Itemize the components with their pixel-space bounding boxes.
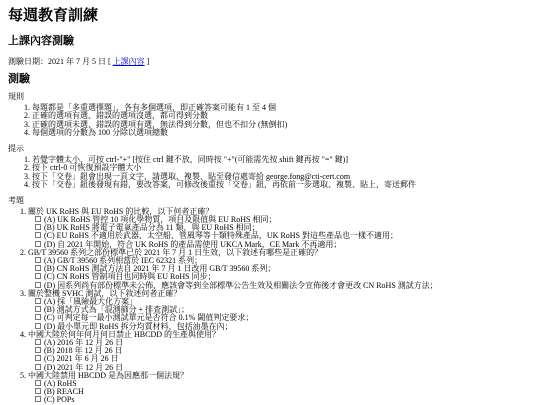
option-checkbox-q5-b[interactable]: [35, 388, 41, 394]
option-checkbox-q3-b[interactable]: [35, 306, 41, 312]
answer-option: (C) POPs: [28, 396, 532, 404]
answer-option: (B) REACH: [28, 388, 532, 396]
option-checkbox-q1-c[interactable]: [35, 232, 41, 238]
questions-label: 考題: [8, 196, 532, 206]
option-label: (C) POPs: [44, 395, 74, 404]
questions-list: 關於 UK RoHS 與 EU RoHS 的比較，以下何者正確？(A) UK R…: [8, 208, 532, 405]
option-checkbox-q5-c[interactable]: [35, 396, 41, 402]
question-text: 中國大陸禁用 HBCDD 是為因應那一個法規？: [28, 372, 532, 380]
page-subtitle: 上課內容測驗: [8, 35, 532, 48]
option-checkbox-q2-a[interactable]: [35, 257, 41, 263]
option-checkbox-q1-a[interactable]: [35, 216, 41, 222]
quiz-date-prefix: 測驗日期：2021 年 7 月 5 日 [: [8, 57, 113, 66]
option-checkbox-q5-a[interactable]: [35, 380, 41, 386]
quiz-date-line: 測驗日期：2021 年 7 月 5 日 [ 上課內容 ]: [8, 57, 532, 67]
rules-list: 每題都是「多重選擇題」，各有多個選項，即正確答案可能有 1 至 4 個正確的選項…: [8, 104, 532, 138]
question-item: 關於整機 SVHC 測試，以下敘述何者正確？(A) 採「風險最大化方案」(B) …: [28, 290, 532, 331]
hints-label: 提示: [8, 144, 532, 154]
hints-list: 若覺字體太小，可按 ctrl-"+" [按住 ctrl 鍵不放，同時按 "+"(…: [8, 156, 532, 190]
option-checkbox-q4-c[interactable]: [35, 355, 41, 361]
quiz-heading: 測驗: [8, 73, 532, 86]
quiz-date-suffix: ]: [145, 57, 150, 66]
option-checkbox-q4-b[interactable]: [35, 347, 41, 353]
rules-label: 規則: [8, 92, 532, 102]
course-content-link[interactable]: 上課內容: [113, 57, 145, 66]
question-item: GB/T 39560 系列之部份標準已於 2021 年 7 月 1 日生效，以下…: [28, 249, 532, 290]
option-checkbox-q3-a[interactable]: [35, 298, 41, 304]
quiz-page: 每週教育訓練 上課內容測驗 測驗日期：2021 年 7 月 5 日 [ 上課內容…: [0, 0, 540, 405]
rule-item: 每個選項的分數為 100 分除以選項總數: [32, 129, 532, 138]
option-checkbox-q2-b[interactable]: [35, 265, 41, 271]
option-checkbox-q1-b[interactable]: [35, 224, 41, 230]
option-checkbox-q4-d[interactable]: [35, 364, 41, 370]
hint-item: 按下「交卷」鈕後發現有錯，要改答案，可修改後重按「交卷」鈕，再依前一步選取、複製…: [32, 181, 532, 190]
option-checkbox-q3-c[interactable]: [35, 314, 41, 320]
question-item: 中國大陸於何年何月何日禁止 HBCDD 的生產與使用？(A) 2016 年 12…: [28, 331, 532, 372]
option-checkbox-q3-d[interactable]: [35, 323, 41, 329]
answer-option: (A) RoHS: [28, 380, 532, 388]
question-item: 中國大陸禁用 HBCDD 是為因應那一個法規？(A) RoHS(B) REACH…: [28, 372, 532, 405]
option-checkbox-q4-a[interactable]: [35, 339, 41, 345]
option-checkbox-q1-d[interactable]: [35, 241, 41, 247]
option-checkbox-q2-d[interactable]: [35, 282, 41, 288]
option-checkbox-q2-c[interactable]: [35, 273, 41, 279]
question-item: 關於 UK RoHS 與 EU RoHS 的比較，以下何者正確？(A) UK R…: [28, 208, 532, 249]
page-title: 每週教育訓練: [8, 8, 532, 25]
